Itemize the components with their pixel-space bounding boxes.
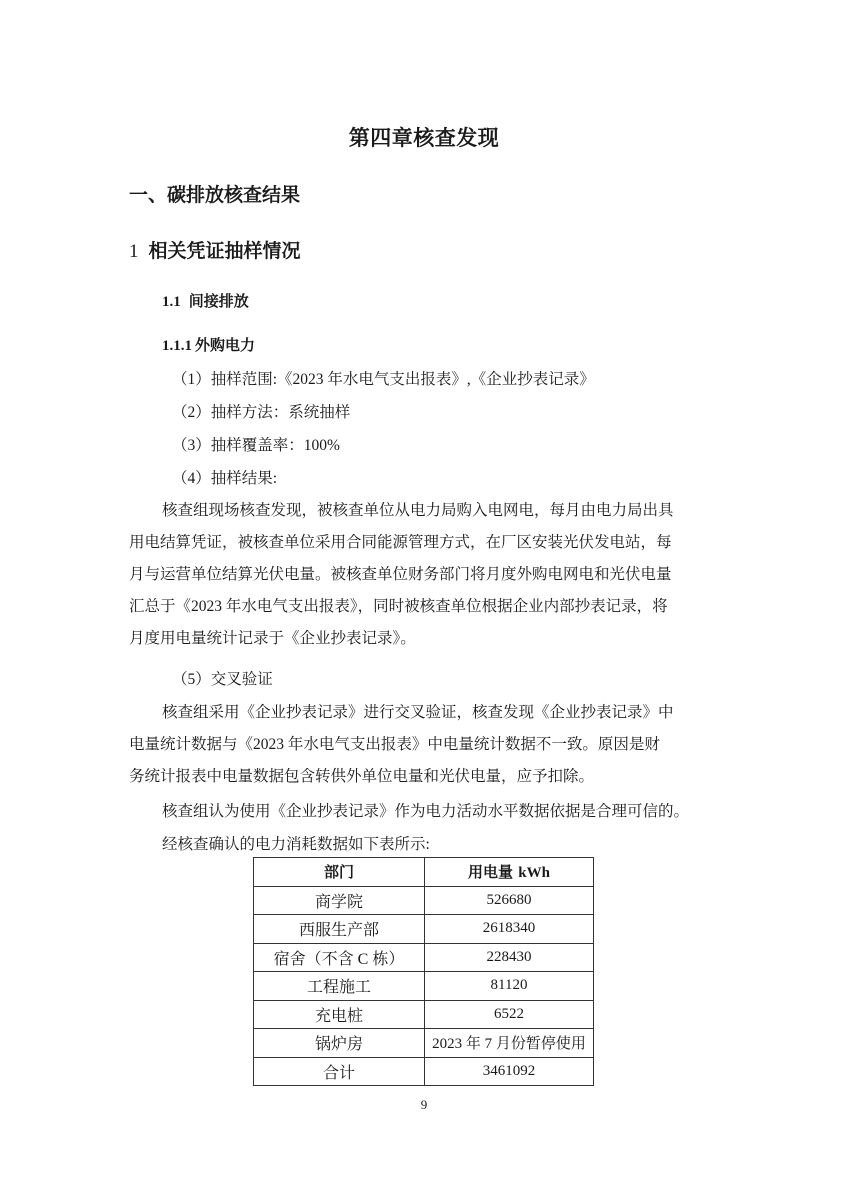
list-item-sampling-result: （4）抽样结果: <box>172 466 277 488</box>
subsection-title: 间接排放 <box>189 292 249 310</box>
paragraph-line: 用电结算凭证，被核查单位采用合同能源管理方式，在厂区安装光伏发电站，每 <box>129 530 672 552</box>
cell-dept: 锅炉房 <box>254 1029 425 1058</box>
list-item-cross-verification: （5）交叉验证 <box>172 667 273 689</box>
table-row: 工程施工 81120 <box>254 972 594 1001</box>
cell-value: 526680 <box>425 886 594 915</box>
list-item-sampling-coverage: （3）抽样覆盖率：100% <box>172 433 340 455</box>
paragraph-conclusion: 核查组认为使用《企业抄表记录》作为电力活动水平数据依据是合理可信的。 <box>162 799 689 821</box>
cell-dept: 工程施工 <box>254 972 425 1001</box>
table-row: 商学院 526680 <box>254 886 594 915</box>
section-heading: 一、碳排放核查结果 <box>129 180 300 207</box>
table-row-total: 合计 3461092 <box>254 1057 594 1086</box>
table-header-row: 部门 用电量 kWh <box>254 858 594 887</box>
cell-dept: 商学院 <box>254 886 425 915</box>
header-usage-unit: kWh <box>518 865 550 881</box>
subsection-title: 相关凭证抽样情况 <box>149 240 301 262</box>
cell-value: 2023 年 7 月份暂停使用 <box>425 1029 594 1058</box>
paragraph-line: 月与运营单位结算光伏电量。被核查单位财务部门将月度外购电网电和光伏电量 <box>129 562 672 584</box>
cell-value: 3461092 <box>425 1057 594 1086</box>
subsection-number: 1.1 <box>162 294 181 310</box>
paragraph-line: 核查组现场核查发现，被核查单位从电力局购入电网电，每月由电力局出具 <box>162 498 674 520</box>
paragraph-table-intro: 经核查确认的电力消耗数据如下表所示: <box>162 832 430 854</box>
cell-dept: 合计 <box>254 1057 425 1086</box>
list-item-sampling-scope: （1）抽样范围:《2023 年水电气支出报表》,《企业抄表记录》 <box>172 367 595 389</box>
table-row: 西服生产部 2618340 <box>254 915 594 944</box>
subsection-heading-1-1: 1.1间接排放 <box>162 290 249 311</box>
paragraph-line: 务统计报表中电量数据包含转供外单位电量和光伏电量，应予扣除。 <box>129 764 594 786</box>
header-usage: 用电量 kWh <box>425 858 594 887</box>
cell-value: 6522 <box>425 1000 594 1029</box>
subsection-title: 外购电力 <box>195 336 255 354</box>
electricity-consumption-table: 部门 用电量 kWh 商学院 526680 西服生产部 2618340 宿舍（不… <box>253 857 594 1086</box>
cell-value: 228430 <box>425 943 594 972</box>
paragraph-line: 电量统计数据与《2023 年水电气支出报表》中电量统计数据不一致。原因是财 <box>129 732 660 754</box>
cell-dept: 宿舍（不含 C 栋） <box>254 943 425 972</box>
subsection-number: 1.1.1 <box>162 338 192 354</box>
subsection-heading-1-1-1: 1.1.1外购电力 <box>162 334 255 355</box>
subsection-number: 1 <box>129 241 139 262</box>
cell-dept: 西服生产部 <box>254 915 425 944</box>
chapter-title: 第四章核查发现 <box>0 122 848 152</box>
header-dept: 部门 <box>254 858 425 887</box>
paragraph-line: 汇总于《2023 年水电气支出报表》，同时被核查单位根据企业内部抄表记录，将 <box>129 594 668 616</box>
page-number: 9 <box>0 1097 848 1113</box>
subsection-heading: 1相关凭证抽样情况 <box>129 236 301 263</box>
paragraph-line: 月度用电量统计记录于《企业抄表记录》。 <box>129 626 416 648</box>
table-row: 宿舍（不含 C 栋） 228430 <box>254 943 594 972</box>
paragraph-line: 核查组采用《企业抄表记录》进行交叉验证，核查发现《企业抄表记录》中 <box>162 700 674 722</box>
table-row: 充电桩 6522 <box>254 1000 594 1029</box>
table-row: 锅炉房 2023 年 7 月份暂停使用 <box>254 1029 594 1058</box>
cell-value: 2618340 <box>425 915 594 944</box>
list-item-sampling-method: （2）抽样方法：系统抽样 <box>172 400 350 422</box>
cell-dept: 充电桩 <box>254 1000 425 1029</box>
cell-value: 81120 <box>425 972 594 1001</box>
header-usage-label: 用电量 <box>468 863 513 881</box>
